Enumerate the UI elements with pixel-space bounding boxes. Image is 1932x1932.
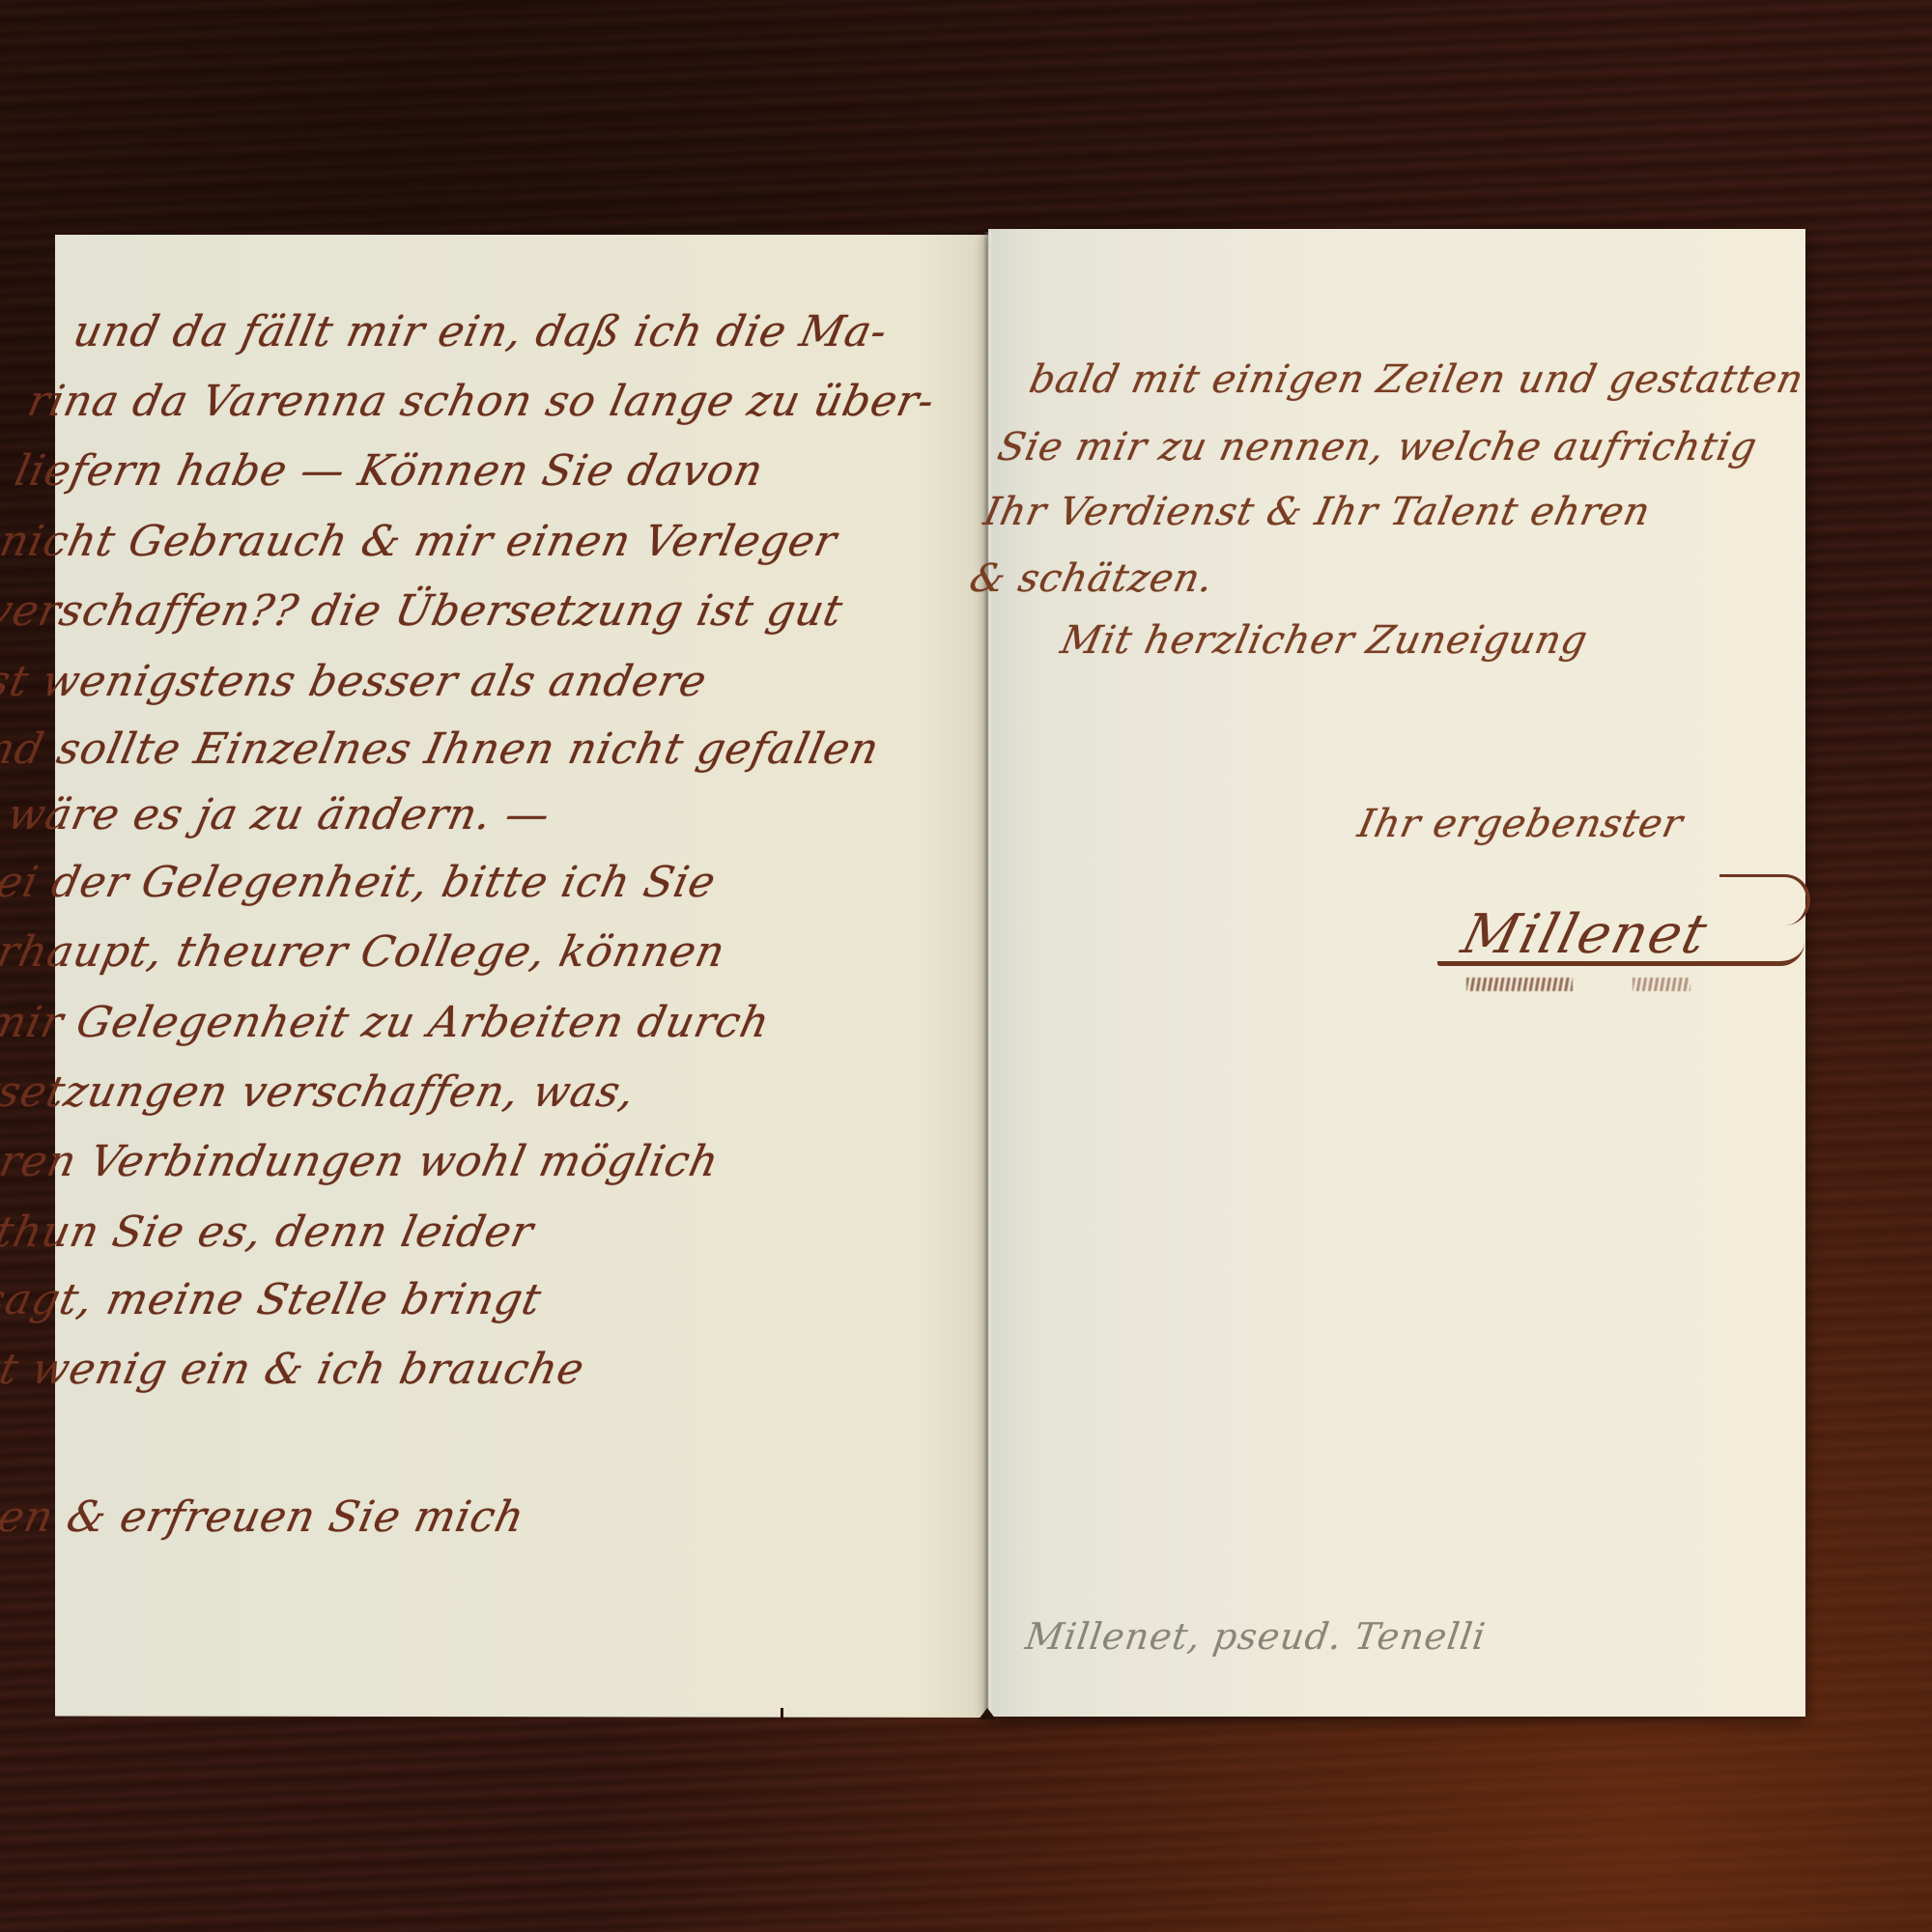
fold-notch (979, 1708, 996, 1719)
handwritten-line: und sollte Einzelnes Ihnen nicht gefalle… (0, 724, 884, 774)
page-fold (983, 232, 992, 1717)
ink-blot (1466, 978, 1573, 991)
handwritten-line: hat gesagt, meine Stelle bringt (0, 1275, 546, 1324)
handwritten-line: mir jetzt wenig ein & ich brauche (0, 1345, 589, 1394)
handwritten-line: Danken & erfreuen Sie mich (0, 1492, 529, 1542)
ink-blot (1633, 978, 1690, 991)
handwritten-line: Sie mir zu nennen, welche aufrichtig (994, 425, 1762, 469)
valediction-line: Ihr ergebenster (1354, 802, 1688, 846)
handwritten-line: Ihr Verdienst & Ihr Talent ehren (980, 490, 1654, 534)
handwritten-line: Übersetzungen verschaffen, was, (0, 1067, 639, 1117)
handwritten-line: ist wenigstens besser als andere (0, 657, 711, 706)
handwritten-line: nicht Gebrauch & mir einen Verleger (0, 517, 841, 566)
handwritten-line: wäre, thun Sie es, denn leider (0, 1207, 538, 1257)
handwritten-line: verschaffen?? die Übersetzung ist gut (0, 586, 847, 636)
handwritten-line: liefern habe — Können Sie davon (11, 446, 768, 496)
handwritten-line: und da fällt mir ein, daß ich die Ma- (70, 307, 893, 356)
closing-line: Mit herzlicher Zuneigung (1057, 618, 1592, 663)
signature-underline-flourish (1437, 942, 1804, 966)
handwritten-line: überhaupt, theurer College, können (0, 927, 729, 977)
handwritten-line: so wäre es ja zu ändern. — (0, 790, 554, 839)
pencil-annotation: Millenet, pseud. Tenelli (1023, 1615, 1489, 1658)
signature-flourish-hook (1719, 874, 1810, 925)
handwritten-line: bei Ihren Verbindungen wohl möglich (0, 1137, 724, 1186)
paper-edge-nick (781, 1708, 783, 1719)
handwritten-line: Sie mir Gelegenheit zu Arbeiten durch (0, 998, 775, 1047)
handwritten-line: bald mit einigen Zeilen und gestatten (1026, 357, 1808, 402)
handwritten-line: & schätzen. (966, 556, 1218, 601)
handwritten-line: Bei der Gelegenheit, bitte ich Sie (0, 858, 721, 907)
handwritten-line: rina da Varenna schon so lange zu über- (23, 377, 939, 426)
